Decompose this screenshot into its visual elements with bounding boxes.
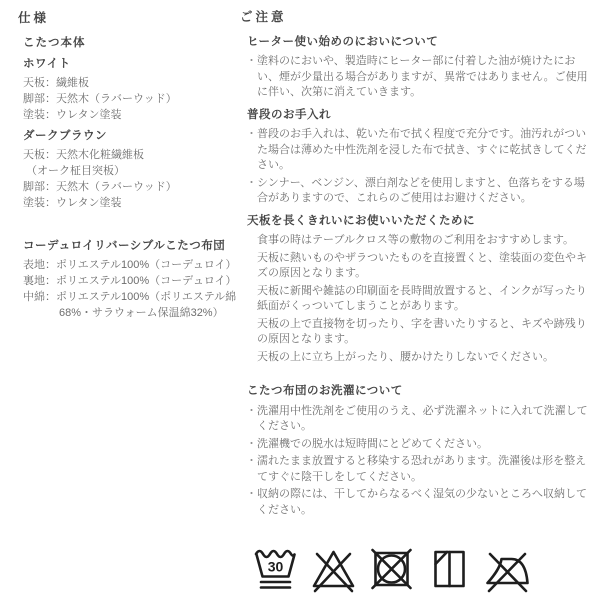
spec-column: 仕様 こたつ本体 ホワイト 天板：繊維板 脚部：天然木（ラバーウッド） 塗装：ウ… <box>23 10 245 321</box>
notice-section-futon-washing: こたつ布団のお洗濯について ・洗濯用中性洗剤をご使用のうえ、必ず洗濯ネットに入れ… <box>247 384 590 518</box>
spec-group-heading: ホワイト <box>23 56 245 72</box>
spec-line: 中綿：ポリエステル100%（ポリエステル綿 <box>23 289 245 305</box>
notice-column: ご注意 ヒーター使い始めのにおいについて ・塗料のにおいや、製造時にヒーター部に… <box>240 10 590 525</box>
bullet-marker: ・ <box>246 176 257 192</box>
notice-item: 天板に新聞や雑誌の印刷面を長時間放置すると、インクが写ったり紙面がくっついてしま… <box>247 284 590 315</box>
spec-line: （オーク柾目突板） <box>23 163 245 179</box>
spec-line: 裏地：ポリエステル100%（コーデュロイ） <box>23 273 245 289</box>
do-not-bleach-icon <box>310 545 357 593</box>
spec-line: 表地：ポリエステル100%（コーデュロイ） <box>23 257 245 273</box>
notice-text: 塗料のにおいや、製造時にヒーター部に付着した油が焼けたにおい、煙が少量出る場合が… <box>257 55 588 98</box>
notice-section-heading: ヒーター使い始めのにおいについて <box>247 35 590 51</box>
care-symbols-row: 30 <box>252 545 531 593</box>
notice-section-heading: こたつ布団のお洗濯について <box>247 384 590 400</box>
notice-text: 天板に新聞や雑誌の印刷面を長時間放置すると、インクが写ったり紙面がくっついてしま… <box>257 285 587 313</box>
notice-text: 天板に熱いものやザラついたものを直接置くと、塗装面の変色やキズの原因となります。 <box>257 252 587 280</box>
notice-section-daily-care: 普段のお手入れ ・普段のお手入れは、乾いた布で拭く程度で充分です。油汚れがついた… <box>247 108 590 207</box>
spec-notice-page: 仕様 こたつ本体 ホワイト 天板：繊維板 脚部：天然木（ラバーウッド） 塗装：ウ… <box>0 0 600 600</box>
notice-item: ・塗料のにおいや、製造時にヒーター部に付着した油が焼けたにおい、煙が少量出る場合… <box>247 54 590 101</box>
spec-group-white: ホワイト 天板：繊維板 脚部：天然木（ラバーウッド） 塗装：ウレタン塗装 <box>23 56 245 123</box>
spec-line: 天板：繊維板 <box>23 75 245 91</box>
spec-line: 塗装：ウレタン塗装 <box>23 195 245 211</box>
spec-group-futon: コーデュロイリバーシブルこたつ布団 表地：ポリエステル100%（コーデュロイ） … <box>23 238 245 321</box>
notice-text: 洗濯用中性洗剤をご使用のうえ、必ず洗濯ネットに入れて洗濯してください。 <box>257 405 588 433</box>
spec-group-darkbrown: ダークブラウン 天板：天然木化粧繊維板 （オーク柾目突板） 脚部：天然木（ラバー… <box>23 128 245 211</box>
notice-text: シンナー、ベンジン、漂白剤などを使用しますと、色落ちをする場合がありますので、こ… <box>257 177 585 205</box>
notice-text: 天板の上で直接物を切ったり、字を書いたりすると、キズや跡残りの原因となります。 <box>257 318 587 346</box>
spec-line: 脚部：天然木（ラバーウッド） <box>23 91 245 107</box>
notice-text: 収納の際には、干してからなるべく湿気の少ないところへ収納してください。 <box>257 488 587 516</box>
notice-item: ・収納の際には、干してからなるべく湿気の少ないところへ収納してください。 <box>247 487 590 518</box>
notice-item: 天板の上に立ち上がったり、腰かけたりしないでください。 <box>247 350 590 366</box>
spec-line: 塗装：ウレタン塗装 <box>23 107 245 123</box>
notice-item: 天板の上で直接物を切ったり、字を書いたりすると、キズや跡残りの原因となります。 <box>247 317 590 348</box>
bullet-marker: ・ <box>246 404 257 420</box>
notice-section-heading: 天板を長くきれいにお使いいただくために <box>247 214 590 230</box>
spec-body-heading: こたつ本体 <box>23 35 245 51</box>
notice-item: 天板に熱いものやザラついたものを直接置くと、塗装面の変色やキズの原因となります。 <box>247 251 590 282</box>
bullet-marker: ・ <box>246 487 257 503</box>
notice-section-heading: 普段のお手入れ <box>247 108 590 124</box>
do-not-tumble-dry-icon <box>368 545 415 593</box>
do-not-iron-icon <box>484 545 531 593</box>
notice-text: 天板の上に立ち上がったり、腰かけたりしないでください。 <box>257 351 554 363</box>
notice-item: ・洗濯機での脱水は短時間にとどめてください。 <box>247 437 590 453</box>
notice-section-heater-smell: ヒーター使い始めのにおいについて ・塗料のにおいや、製造時にヒーター部に付着した… <box>247 35 590 101</box>
notice-item: ・洗濯用中性洗剤をご使用のうえ、必ず洗濯ネットに入れて洗濯してください。 <box>247 404 590 435</box>
notice-item: ・普段のお手入れは、乾いた布で拭く程度で充分です。油汚れがついた場合は薄めた中性… <box>247 127 590 174</box>
notice-item: ・濡れたまま放置すると移染する恐れがあります。洗濯後は形を整えてすぐに陰干しをし… <box>247 454 590 485</box>
spec-line: 68%・サラウォーム保温綿32%） <box>23 305 245 321</box>
notice-text: 濡れたまま放置すると移染する恐れがあります。洗濯後は形を整えてすぐに陰干しをして… <box>257 455 586 483</box>
notice-text: 洗濯機での脱水は短時間にとどめてください。 <box>257 438 488 450</box>
notice-section-tabletop-care: 天板を長くきれいにお使いいただくために 食事の時はテーブルクロス等の敷物のご利用… <box>247 214 590 366</box>
spec-group-heading: コーデュロイリバーシブルこたつ布団 <box>23 238 245 254</box>
bullet-marker: ・ <box>246 54 257 70</box>
notice-text: 食事の時はテーブルクロス等の敷物のご利用をおすすめします。 <box>257 234 574 246</box>
line-dry-in-shade-icon <box>426 545 473 593</box>
spec-group-heading: ダークブラウン <box>23 128 245 144</box>
wash-temperature-label: 30 <box>268 559 284 575</box>
notice-item: 食事の時はテーブルクロス等の敷物のご利用をおすすめします。 <box>247 233 590 249</box>
bullet-marker: ・ <box>246 454 257 470</box>
notice-title: ご注意 <box>240 10 590 26</box>
spec-line: 脚部：天然木（ラバーウッド） <box>23 179 245 195</box>
notice-text: 普段のお手入れは、乾いた布で拭く程度で充分です。油汚れがついた場合は薄めた中性洗… <box>257 128 587 171</box>
bullet-marker: ・ <box>246 127 257 143</box>
bullet-marker: ・ <box>246 437 257 453</box>
spec-title: 仕様 <box>18 10 245 26</box>
machine-wash-30-very-gentle-icon: 30 <box>252 545 299 593</box>
notice-item: ・シンナー、ベンジン、漂白剤などを使用しますと、色落ちをする場合がありますので、… <box>247 176 590 207</box>
spec-line: 天板：天然木化粧繊維板 <box>23 147 245 163</box>
